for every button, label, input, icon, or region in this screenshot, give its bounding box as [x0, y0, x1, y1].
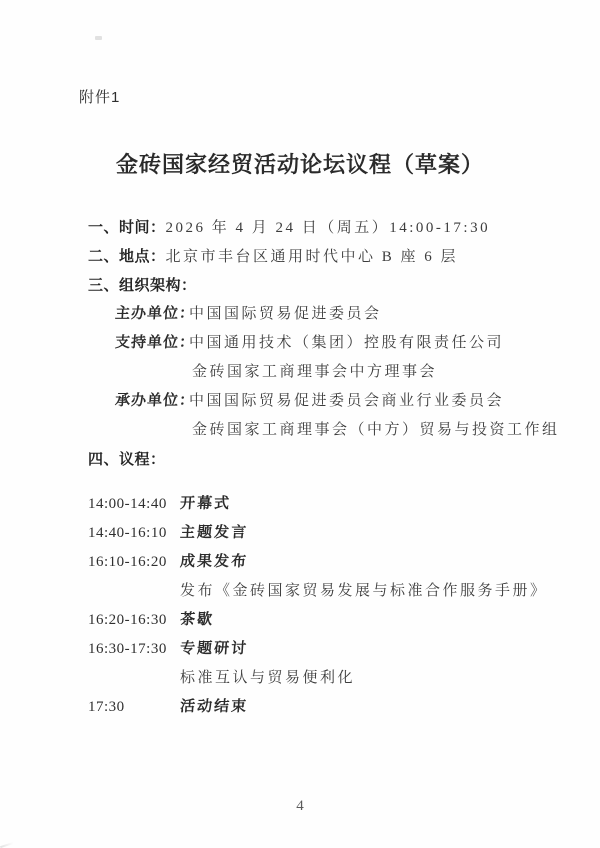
time-label: 一、时间：	[88, 219, 166, 236]
org-host-name: 中国国际贸易促进委员会	[189, 306, 382, 322]
org-host-line: 主办单位：中国国际贸易促进委员会	[88, 300, 590, 329]
agenda-item-end: 17:30活动结束	[88, 693, 590, 722]
agenda-item-seminar: 16:30-17:30专题研讨	[88, 635, 590, 664]
organization-label: 三、组织架构：	[88, 277, 197, 294]
agenda-time: 16:20-16:30	[88, 606, 180, 635]
org-organizer-name-2: 金砖国家工商理事会（中方）贸易与投资工作组	[192, 422, 560, 438]
attachment-label: 附件1	[79, 86, 120, 107]
agenda-item-title: 茶歇	[179, 606, 215, 635]
agenda-spacer	[88, 474, 590, 490]
agenda-detail-text: 标准互认与贸易便利化	[180, 670, 355, 686]
org-organizer-line-1: 承办单位：中国国际贸易促进委员会商业行业委员会	[88, 387, 590, 416]
agenda-item-title: 开幕式	[179, 490, 232, 519]
agenda-item-title: 专题研讨	[179, 635, 249, 664]
agenda-item-title: 主题发言	[179, 519, 249, 548]
page-number: 4	[0, 798, 600, 815]
agenda-item-seminar-detail: 标准互认与贸易便利化	[88, 664, 590, 693]
document-page: 附件1 金砖国家经贸活动论坛议程（草案） 一、时间：2026 年 4 月 24 …	[0, 0, 600, 848]
organization-heading: 三、组织架构：	[88, 271, 590, 300]
agenda-time: 16:10-16:20	[88, 548, 180, 577]
agenda-time: 14:00-14:40	[88, 490, 180, 519]
org-support-role: 支持单位：	[114, 329, 190, 358]
agenda-time: 14:40-16:10	[88, 519, 180, 548]
agenda-item-tea-break: 16:20-16:30茶歇	[88, 606, 590, 635]
location-label: 二、地点：	[88, 248, 166, 265]
location-value: 北京市丰台区通用时代中心 B 座 6 层	[166, 249, 459, 265]
org-organizer-line-2: 金砖国家工商理事会（中方）贸易与投资工作组	[88, 416, 590, 445]
org-support-line-1: 支持单位：中国通用技术（集团）控股有限责任公司	[88, 329, 590, 358]
agenda-heading: 四、议程：	[88, 445, 590, 474]
agenda-item-opening: 14:00-14:40开幕式	[88, 490, 590, 519]
agenda-time: 16:30-17:30	[88, 635, 180, 664]
agenda-detail-text: 发布《金砖国家贸易发展与标准合作服务手册》	[180, 583, 548, 599]
agenda-item-title: 活动结束	[179, 693, 249, 722]
location-line: 二、地点：北京市丰台区通用时代中心 B 座 6 层	[88, 242, 590, 271]
org-organizer-name-1: 中国国际贸易促进委员会商业行业委员会	[189, 393, 504, 409]
org-host-role: 主办单位：	[114, 300, 190, 329]
org-support-line-2: 金砖国家工商理事会中方理事会	[88, 358, 590, 387]
agenda-item-keynote: 14:40-16:10主题发言	[88, 519, 590, 548]
time-line: 一、时间：2026 年 4 月 24 日（周五）14:00-17:30	[88, 213, 590, 242]
scan-corner-artifact	[0, 842, 14, 848]
agenda-item-title: 成果发布	[179, 548, 249, 577]
time-value: 2026 年 4 月 24 日（周五）14:00-17:30	[166, 220, 491, 236]
org-organizer-role: 承办单位：	[114, 387, 190, 416]
agenda-item-results: 16:10-16:20成果发布	[88, 548, 590, 577]
agenda-label: 四、议程：	[88, 451, 166, 468]
org-support-name-2: 金砖国家工商理事会中方理事会	[192, 364, 437, 380]
document-body: 一、时间：2026 年 4 月 24 日（周五）14:00-17:30 二、地点…	[88, 213, 590, 722]
page-title: 金砖国家经贸活动论坛议程（草案）	[0, 148, 600, 179]
agenda-item-results-detail: 发布《金砖国家贸易发展与标准合作服务手册》	[88, 577, 590, 606]
scan-smudge-artifact	[95, 36, 102, 40]
agenda-time: 17:30	[88, 693, 180, 722]
org-support-name-1: 中国通用技术（集团）控股有限责任公司	[189, 335, 504, 351]
